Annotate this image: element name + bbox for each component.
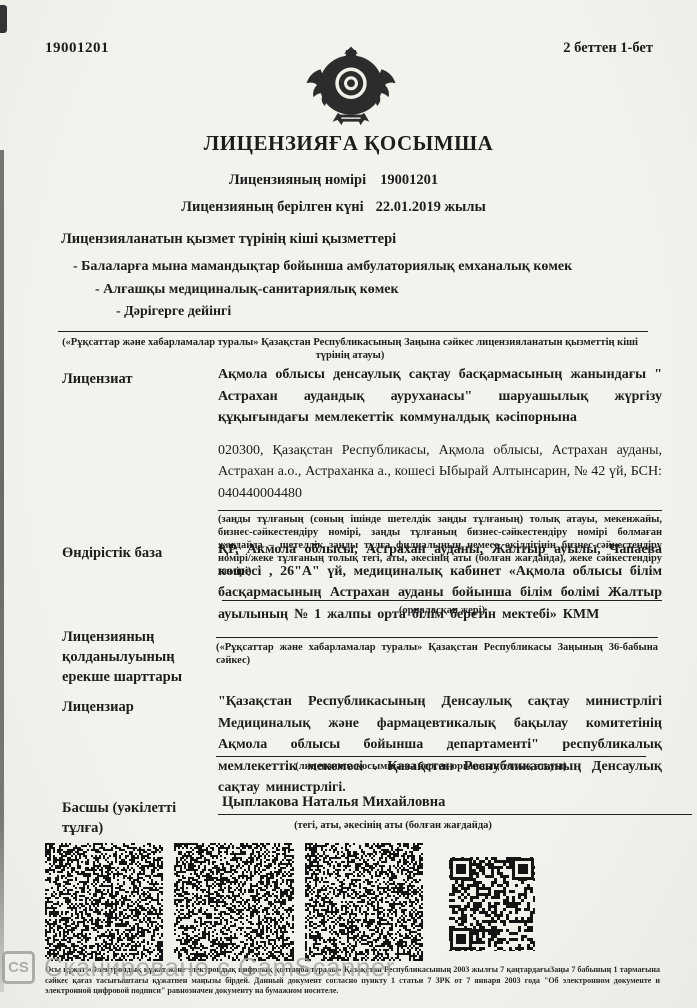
licensee-label: Лицензиат <box>62 369 214 389</box>
kazakhstan-emblem-icon <box>303 43 399 127</box>
camscanner-watermark: CS Сканировано с CamScanner <box>2 951 395 984</box>
licensee-address: 020300, Қазақстан Республикасы, Ақмола о… <box>218 440 662 505</box>
head-person-label: Басшы (уәкілетті тұлға) <box>62 798 214 838</box>
license-number-label: Лицензияның номірі <box>229 172 366 189</box>
special-conditions-footnote: («Рұқсаттар және хабарламалар туралы» Қа… <box>216 641 658 667</box>
digital-signature-barcode-1 <box>45 843 163 961</box>
divider-line <box>218 510 662 511</box>
subservice-item: - Дәрігерге дейінгі <box>116 304 231 320</box>
divider-line <box>58 331 648 332</box>
licensor-label: Лицензиар <box>62 697 214 717</box>
divider-line <box>216 637 658 638</box>
issue-date-line: Лицензияның берілген күні 22.01.2019 жыл… <box>0 199 667 216</box>
special-conditions-label: Лицензияның қолданылуының ерекше шарттар… <box>62 627 214 687</box>
licensor-footnote: (лицензияга қосымшаны берген органның то… <box>216 760 646 773</box>
license-number-line: Лицензияның номірі 19001201 <box>0 172 667 189</box>
subservice-item: - Алғашқы медициналық-санитариялық көмек <box>95 282 399 298</box>
qr-code <box>449 857 535 951</box>
issue-date-value: 22.01.2019 жылы <box>376 199 486 216</box>
camscanner-watermark-text: Сканировано с CamScanner <box>44 952 395 983</box>
document-number: 19001201 <box>45 40 109 57</box>
document-title: ЛИЦЕНЗИЯҒА ҚОСЫМША <box>0 131 697 156</box>
signature-line <box>218 814 692 815</box>
digital-signature-barcode-2 <box>174 843 294 961</box>
scan-edge-shadow <box>0 150 4 992</box>
issue-date-label: Лицензияның берілген күні <box>181 199 364 216</box>
production-base-label: Өндірістік база <box>62 543 214 563</box>
licensor-content: "Қазақстан Республикасының Денсаулық сақ… <box>218 691 662 799</box>
scanned-license-document: 19001201 2 беттен 1-бет ЛИЦЕНЗИЯҒА ҚОСЫМ… <box>0 0 697 1008</box>
camscanner-logo-icon: CS <box>2 951 35 984</box>
head-person-footnote: (тегі, аты, әкесінің аты (болған жағдайд… <box>218 819 568 832</box>
license-number-value: 19001201 <box>380 172 438 189</box>
production-base-footnote: (орналасқан жері) <box>222 604 662 617</box>
digital-signature-barcode-3 <box>305 843 423 961</box>
subservices-footnote: («Рұқсаттар және хабарламалар туралы» Қа… <box>50 336 650 362</box>
head-person-name: Цыплакова Наталья Михайловна <box>222 794 445 811</box>
page-indicator: 2 беттен 1-бет <box>563 40 653 57</box>
divider-line <box>216 756 646 757</box>
licensee-name: Ақмола облысы денсаулық сақтау басқармас… <box>218 364 662 429</box>
licensor-text: "Қазақстан Республикасының Денсаулық сақ… <box>218 691 662 799</box>
scan-edge-artifact <box>0 5 7 33</box>
divider-line <box>222 600 662 601</box>
subservices-heading: Лицензияланатын қызмет түрінің кіші қызм… <box>61 231 396 248</box>
subservice-item: - Балаларға мына мамандықтар бойынша амб… <box>73 259 572 275</box>
